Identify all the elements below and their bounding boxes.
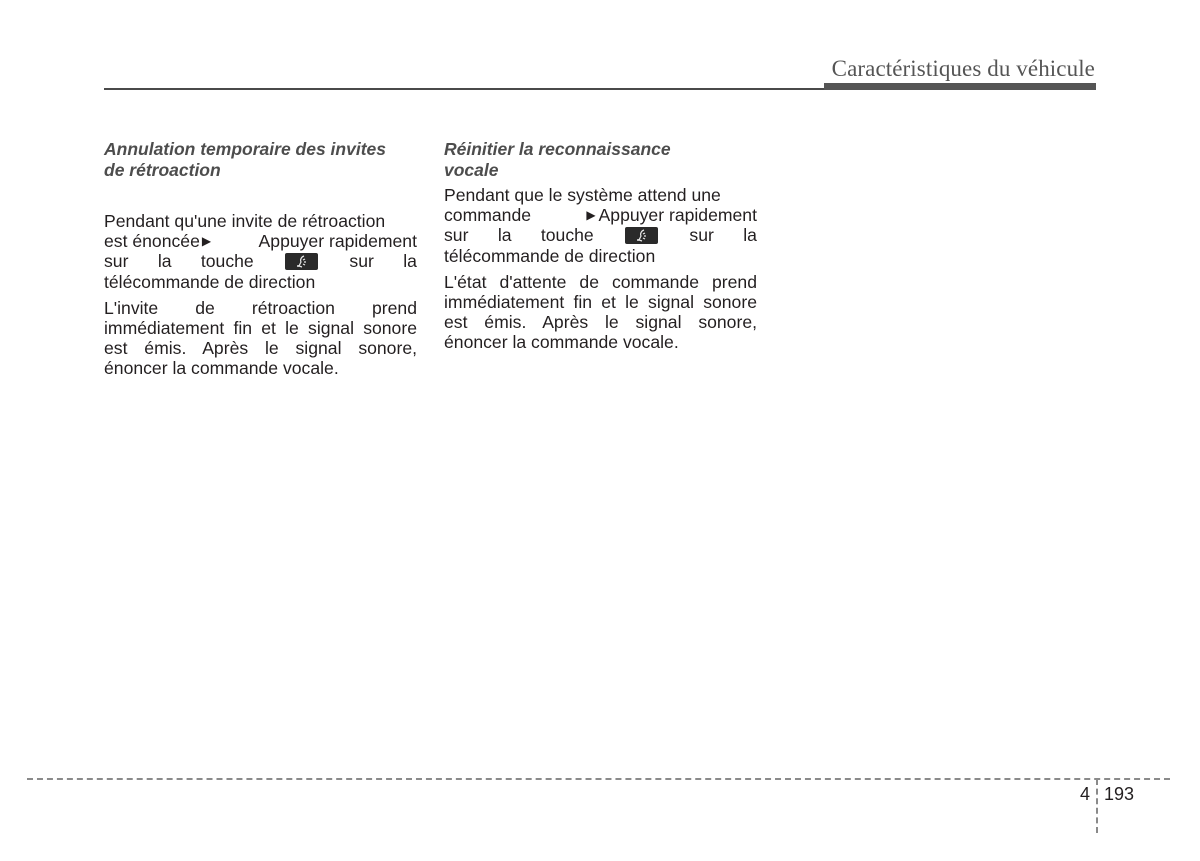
heading-line: de rétroaction: [104, 160, 221, 180]
speaking-head-icon: [635, 229, 649, 242]
text-word: la: [158, 251, 172, 271]
text-segment: ▶Appuyer rapidement: [584, 205, 757, 225]
text-segment: Appuyer rapidement: [259, 231, 417, 251]
text-line: commande ▶Appuyer rapidement: [444, 205, 757, 225]
text-word: sur: [444, 225, 468, 245]
section-heading-cancel-feedback: Annulation temporaire des invites de rét…: [104, 139, 417, 181]
heading-line: Annulation temporaire des invites: [104, 139, 386, 159]
speaking-head-icon: [295, 255, 309, 268]
text-line: sur la touche sur la: [444, 225, 757, 245]
text-line: sur la touche sur la: [104, 251, 417, 271]
instruction-paragraph: Pendant qu'une invite de rétroaction est…: [104, 211, 417, 292]
voice-talk-button-icon: [285, 253, 318, 270]
result-paragraph: L'état d'attente de commande prend imméd…: [444, 272, 757, 353]
text-line: Pendant qu'une invite de rétroaction: [104, 211, 417, 231]
text-segment: est énoncée▶: [104, 231, 214, 251]
text-segment: commande: [444, 205, 531, 225]
voice-talk-button-icon: [625, 227, 658, 244]
text-word: sur: [689, 225, 713, 245]
text-word: sur: [104, 251, 128, 271]
footer-dashed-rule: [27, 778, 1170, 780]
text-segment: Appuyer rapidement: [599, 205, 757, 225]
heading-line: vocale: [444, 160, 498, 180]
text-word: sur: [349, 251, 373, 271]
left-column: Annulation temporaire des invites de rét…: [104, 139, 417, 385]
page-number: 193: [1104, 784, 1134, 805]
text-line: Pendant que le système attend une: [444, 185, 757, 205]
instruction-paragraph: Pendant que le système attend une comman…: [444, 185, 757, 266]
arrow-right-icon: ▶: [202, 231, 211, 251]
text-word: touche: [541, 225, 594, 245]
text-line: est énoncée▶ Appuyer rapidement: [104, 231, 417, 251]
header-tab-bar: [824, 83, 1096, 90]
result-paragraph: L'invite de rétroaction prend immédiatem…: [104, 298, 417, 379]
heading-line: Réinitier la reconnaissance: [444, 139, 671, 159]
text-word: touche: [201, 251, 254, 271]
text-line: télécommande de direction: [104, 272, 417, 292]
arrow-right-icon: ▶: [586, 205, 595, 225]
chapter-number: 4: [1080, 784, 1090, 805]
section-header-title: Caractéristiques du véhicule: [832, 56, 1095, 82]
text-line: télécommande de direction: [444, 246, 757, 266]
text-word: la: [403, 251, 417, 271]
footer-dashed-divider: [1096, 779, 1098, 833]
text-segment: est énoncée: [104, 231, 200, 251]
section-heading-reset-voice-recognition: Réinitier la reconnaissance vocale: [444, 139, 757, 181]
right-column: Réinitier la reconnaissance vocale Penda…: [444, 139, 757, 359]
text-segment: commande: [444, 205, 531, 225]
text-word: la: [498, 225, 512, 245]
text-word: la: [743, 225, 757, 245]
